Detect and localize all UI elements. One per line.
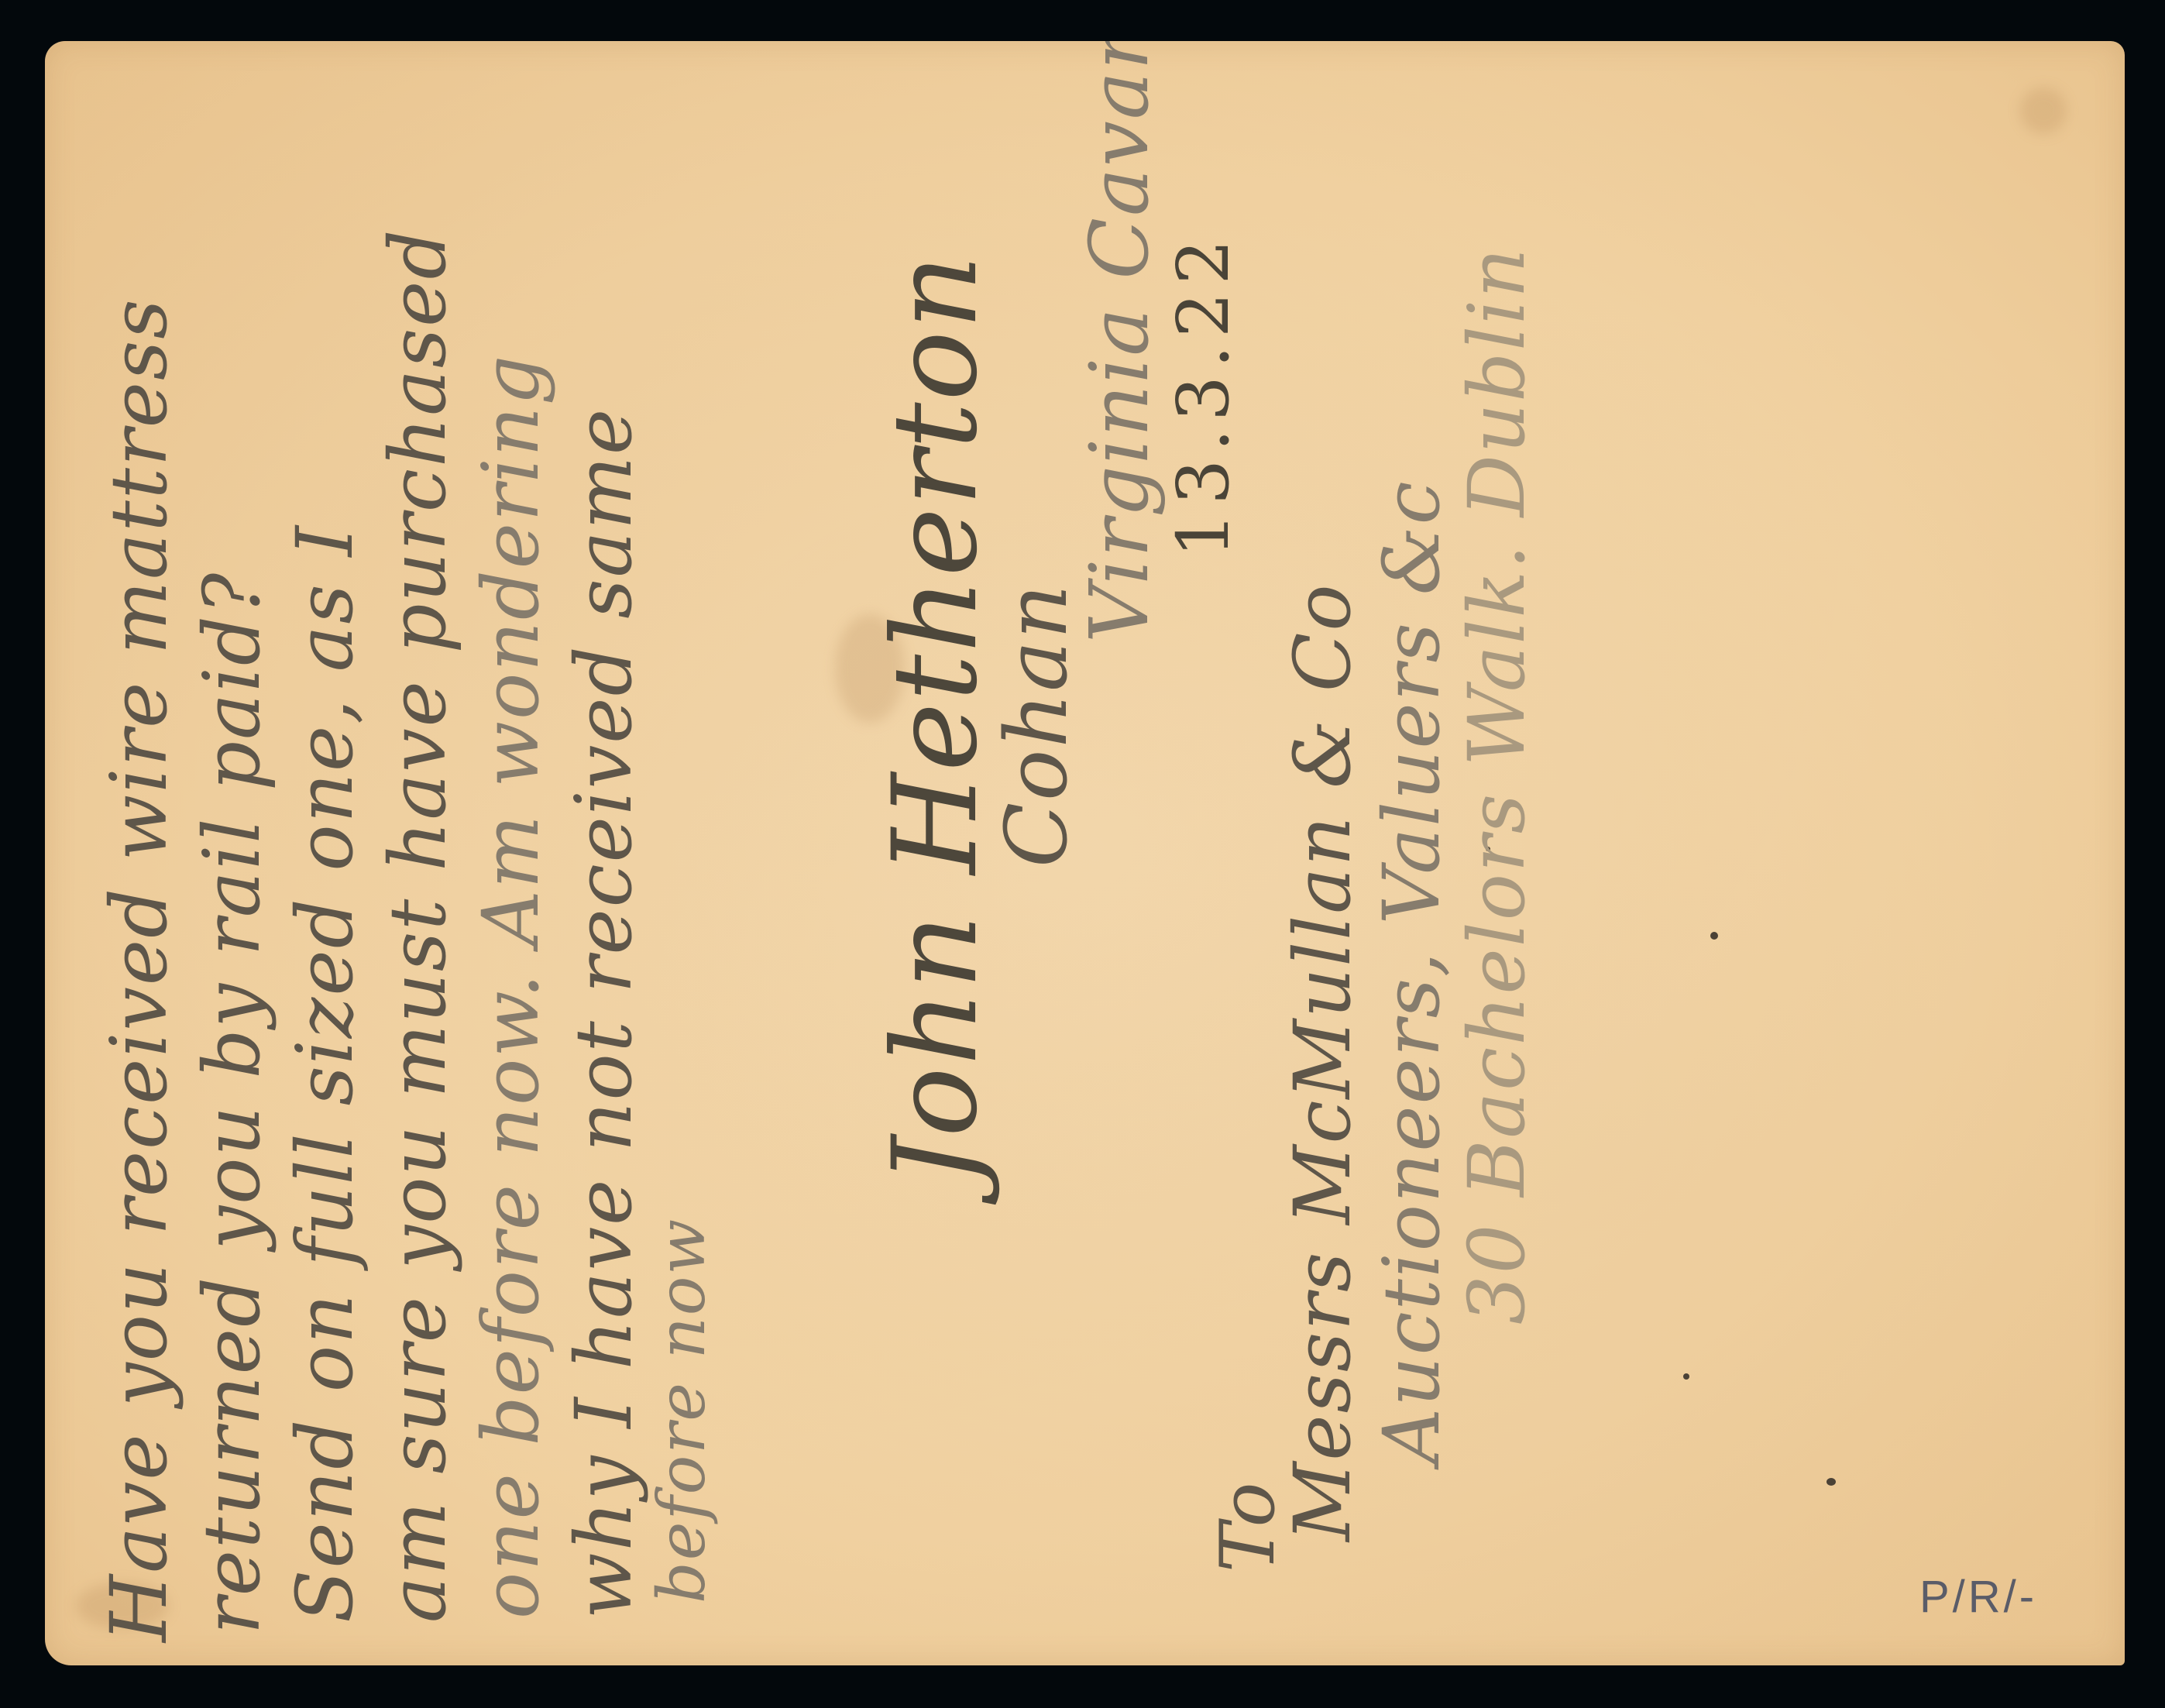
- message-line-1: Have you received wire mattress: [101, 297, 178, 1642]
- message-line-4: am sure you must have purchased: [380, 229, 457, 1623]
- message-line-5: one before now. Am wondering: [473, 354, 550, 1619]
- message-line-7: before now: [649, 1218, 714, 1603]
- recipient-name: Messrs McMullan & Co: [1284, 583, 1362, 1541]
- sender-signature: John Hetherton: [878, 253, 994, 1185]
- message-line-3: Send on full sized one, as I: [287, 524, 364, 1623]
- message-line-6: why I have not received same: [565, 407, 643, 1619]
- message-line-2: returned you by rail paid?: [194, 572, 271, 1634]
- recipient-street: 30 Bachelors Walk. Dublin: [1459, 246, 1536, 1325]
- sender-address: Virginia Cavan: [1079, 41, 1160, 643]
- handwriting-layer: Have you received wire mattress returned…: [45, 41, 2125, 1665]
- sender-date: 13.3.22: [1168, 232, 1239, 558]
- recipient-profession: Auctioneers, Valuers &c: [1373, 479, 1451, 1464]
- pencil-annotation: P/R/-: [1919, 1571, 2037, 1623]
- postcard: Have you received wire mattress returned…: [45, 41, 2125, 1665]
- photo-background: Have you received wire mattress returned…: [0, 0, 2165, 1708]
- sender-place: Cohan: [994, 583, 1079, 868]
- recipient-prefix: To: [1211, 1481, 1285, 1572]
